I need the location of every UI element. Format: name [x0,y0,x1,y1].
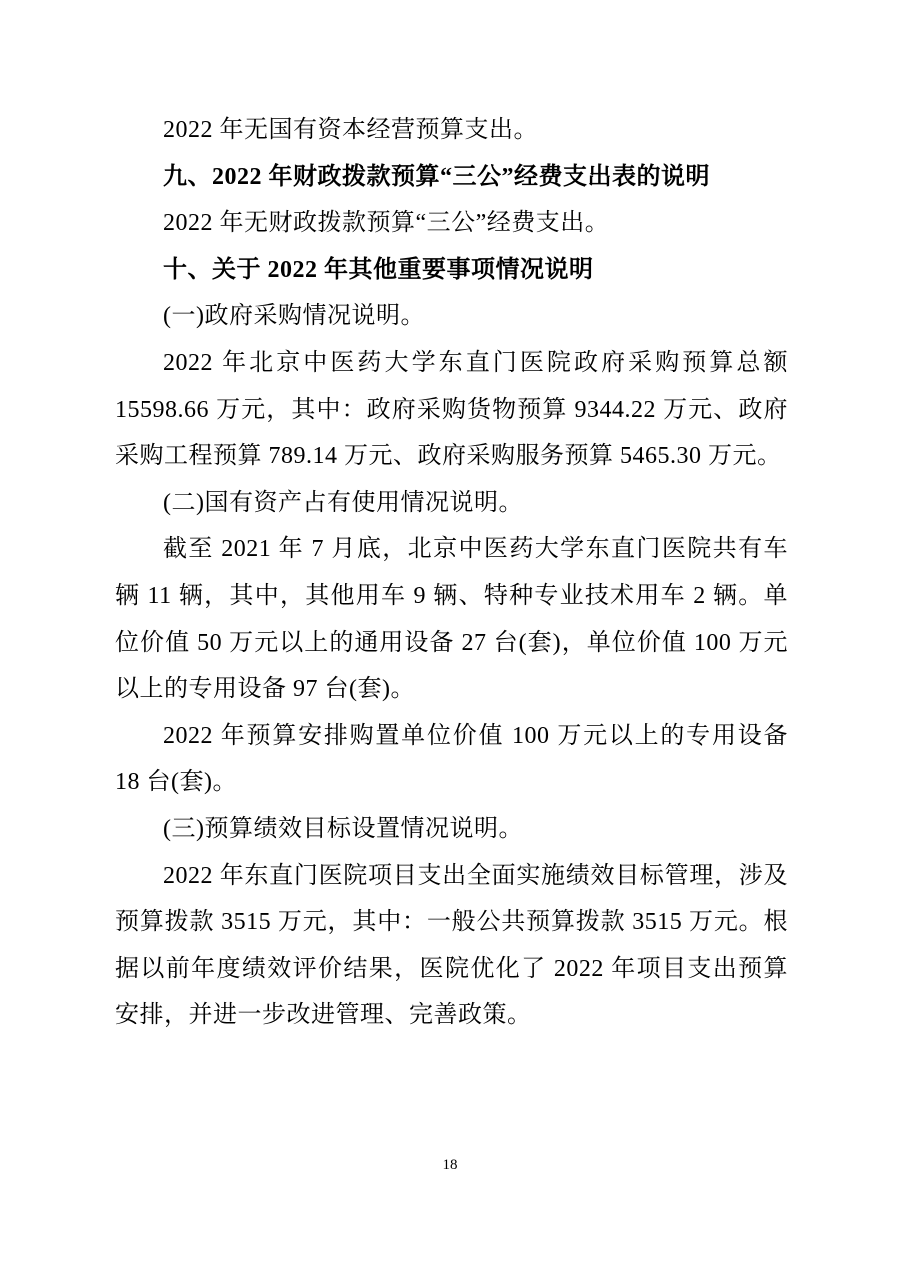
paragraph: 2022 年无财政拨款预算“三公”经费支出。 [115,200,788,247]
subsection-heading-3: (三)预算绩效目标设置情况说明。 [115,806,788,853]
page-number: 18 [0,1155,900,1175]
paragraph: 2022 年无国有资本经营预算支出。 [115,107,788,154]
subsection-heading-2: (二)国有资产占有使用情况说明。 [115,480,788,527]
paragraph: 2022 年预算安排购置单位价值 100 万元以上的专用设备 18 台(套)。 [115,713,788,806]
subsection-heading-1: (一)政府采购情况说明。 [115,293,788,340]
paragraph: 2022 年北京中医药大学东直门医院政府采购预算总额 15598.66 万元，其… [115,340,788,480]
document-body: 2022 年无国有资本经营预算支出。 九、2022 年财政拨款预算“三公”经费支… [115,107,788,1039]
document-page: 2022 年无国有资本经营预算支出。 九、2022 年财政拨款预算“三公”经费支… [0,0,900,1273]
paragraph: 截至 2021 年 7 月底，北京中医药大学东直门医院共有车辆 11 辆，其中，… [115,526,788,712]
section-heading-9: 九、2022 年财政拨款预算“三公”经费支出表的说明 [115,154,788,201]
section-heading-10: 十、关于 2022 年其他重要事项情况说明 [115,247,788,294]
paragraph: 2022 年东直门医院项目支出全面实施绩效目标管理，涉及预算拨款 3515 万元… [115,853,788,1039]
